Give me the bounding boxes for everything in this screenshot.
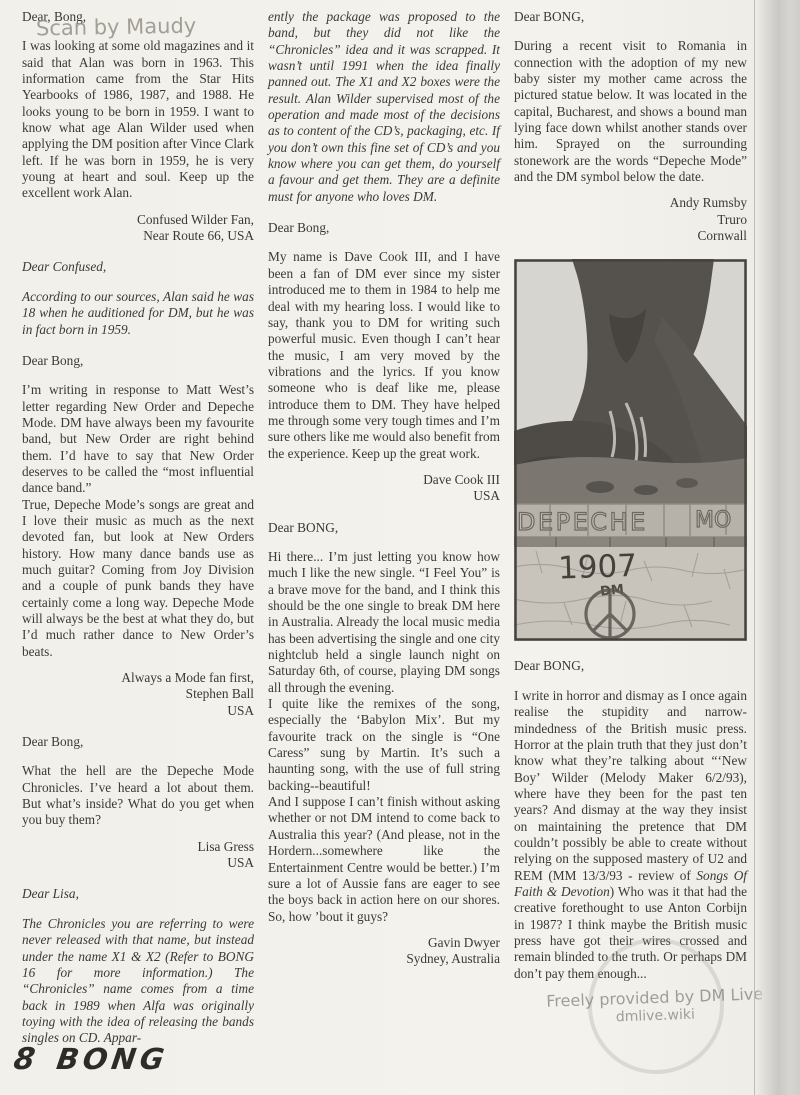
signature-line: Dave Cook III xyxy=(268,472,500,488)
signature-line: USA xyxy=(22,855,254,871)
letter-signature: Andy Rumsby Truro Cornwall xyxy=(514,195,747,244)
signature-line: USA xyxy=(268,488,500,504)
reply-body: The Chronicles you are referring to were… xyxy=(22,916,254,1047)
carved-date: 1907 xyxy=(557,548,637,587)
letter-greeting: Dear Bong, xyxy=(22,353,254,369)
letter-wilder-fan: Dear, Bong, I was looking at some old ma… xyxy=(22,9,254,244)
statue-photo: DEPECHE MO 1907 DM xyxy=(514,259,747,641)
letter-greeting: Dear Bong, xyxy=(22,734,254,750)
signature-line: Near Route 66, USA xyxy=(22,228,254,244)
letter-body: True, Depeche Mode’s songs are great and… xyxy=(22,497,254,660)
letter-signature: Dave Cook III USA xyxy=(268,472,500,505)
reply-greeting: Dear Confused, xyxy=(22,259,254,275)
flagstone-wall: 1907 DM xyxy=(514,547,747,641)
signature-line: Andy Rumsby xyxy=(514,195,747,211)
graffiti-mo-text: MO xyxy=(695,508,731,533)
signature-line: Sydney, Australia xyxy=(268,951,500,967)
letter-greeting: Dear BONG, xyxy=(514,9,747,25)
reply-greeting: Dear Lisa, xyxy=(22,886,254,902)
letter-body: I was looking at some old magazines and … xyxy=(22,38,254,201)
signature-line: Stephen Ball xyxy=(22,686,254,702)
scanned-magazine-page: { "colors":{"paper":"#f3f1ec","ink":"#3c… xyxy=(0,0,800,1095)
provider-watermark: Freely provided by DM Live dmlive.wiki xyxy=(539,984,770,1028)
letter-body-text: I write in horror and dismay as I once a… xyxy=(514,688,747,883)
page-edge-shadow xyxy=(754,0,800,1095)
letter-signature: Confused Wilder Fan, Near Route 66, USA xyxy=(22,212,254,245)
signature-line: Truro xyxy=(514,212,747,228)
signature-line: Always a Mode fan first, xyxy=(22,670,254,686)
letter-music-press: Dear BONG, I write in horror and dismay … xyxy=(514,658,747,982)
signature-line: Confused Wilder Fan, xyxy=(22,212,254,228)
column-1: Dear, Bong, I was looking at some old ma… xyxy=(22,9,254,1062)
editor-reply-confused: Dear Confused, According to our sources,… xyxy=(22,259,254,337)
column-2: ently the package was proposed to the ba… xyxy=(268,9,500,983)
letter-greeting: Dear BONG, xyxy=(514,658,747,674)
page-footer: 8BONG xyxy=(12,1042,171,1077)
letter-signature: Always a Mode fan first, Stephen Ball US… xyxy=(22,670,254,719)
letter-greeting: Dear Bong, xyxy=(268,220,500,236)
letter-new-order: Dear Bong, I’m writing in response to Ma… xyxy=(22,353,254,719)
letter-body: I write in horror and dismay as I once a… xyxy=(514,688,747,982)
editor-reply-lisa-continued: ently the package was proposed to the ba… xyxy=(268,9,500,205)
signature-line: USA xyxy=(22,703,254,719)
letter-body: And I suppose I can’t finish without ask… xyxy=(268,794,500,925)
letter-dave-cook: Dear Bong, My name is Dave Cook III, and… xyxy=(268,220,500,505)
inscription-stone-row: DEPECHE MO xyxy=(514,504,747,537)
signature-line: Gavin Dwyer xyxy=(268,935,500,951)
letter-body: My name is Dave Cook III, and I have bee… xyxy=(268,249,500,461)
letter-body: During a recent visit to Romania in conn… xyxy=(514,38,747,185)
letter-chronicles: Dear Bong, What the hell are the Depeche… xyxy=(22,734,254,871)
scan-credit-watermark: Scan by Maudy xyxy=(36,14,197,41)
footer-page-number: 8 xyxy=(12,1042,38,1077)
letter-andy-rumsby: Dear BONG, During a recent visit to Roma… xyxy=(514,9,747,244)
signature-line: Cornwall xyxy=(514,228,747,244)
letter-body: Hi there... I’m just letting you know ho… xyxy=(268,549,500,696)
photo-terrain xyxy=(514,457,747,506)
letter-signature: Lisa Gress USA xyxy=(22,839,254,872)
letter-body: I quite like the remixes of the song, es… xyxy=(268,696,500,794)
letter-body: I’m writing in response to Matt West’s l… xyxy=(22,382,254,496)
reply-body: According to our sources, Alan said he w… xyxy=(22,289,254,338)
signature-line: Lisa Gress xyxy=(22,839,254,855)
magazine-logo: BONG xyxy=(55,1042,171,1076)
reply-body-continued: ently the package was proposed to the ba… xyxy=(268,9,500,205)
stone-ledge xyxy=(514,537,747,547)
letter-signature: Gavin Dwyer Sydney, Australia xyxy=(268,935,500,968)
statue-photo-image: DEPECHE MO 1907 DM xyxy=(514,259,747,641)
letter-greeting: Dear BONG, xyxy=(268,520,500,536)
column-3: Dear BONG, During a recent visit to Roma… xyxy=(514,9,747,997)
graffiti-depeche-text: DEPECHE xyxy=(517,508,648,536)
letter-body: What the hell are the Depeche Mode Chron… xyxy=(22,763,254,828)
letter-gavin-dwyer: Dear BONG, Hi there... I’m just letting … xyxy=(268,520,500,968)
editor-reply-lisa: Dear Lisa, The Chronicles you are referr… xyxy=(22,886,254,1046)
